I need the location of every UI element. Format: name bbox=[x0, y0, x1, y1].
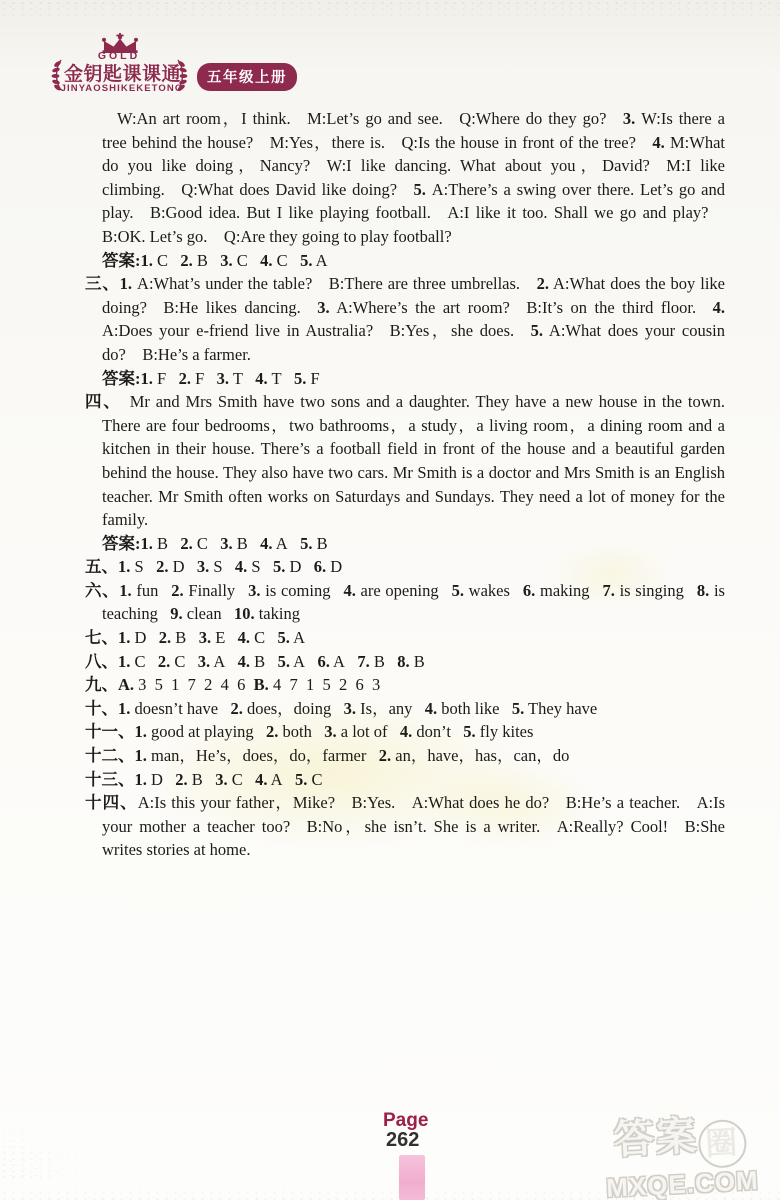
answer-content: W:An art room，I think. M:Let’s go and se… bbox=[85, 107, 725, 862]
answers-section-3: 答案:1. F 2. F 3. T 4. T 5. F bbox=[85, 367, 725, 391]
section-12-answers: 十二、1. man，He’s，does，do，farmer 2. an，have… bbox=[85, 744, 725, 768]
series-title-chinese: 金钥匙课课通 bbox=[64, 59, 181, 86]
answers-section-4: 答案:1. B 2. C 3. B 4. A 5. B bbox=[85, 532, 725, 556]
section-8-answers: 八、1. C 2. C 3. A 4. B 5. A 6. A 7. B 8. … bbox=[85, 650, 725, 674]
publisher-logo: GOLD 金钥匙课课通 JINYAOSHIKEKETONG 五年 bbox=[50, 33, 290, 97]
watermark-brand-text: 答案 bbox=[613, 1114, 699, 1162]
section-7-answers: 七、1. D 2. B 3. E 4. C 5. A bbox=[85, 626, 725, 650]
section-13-answers: 十三、1. D 2. B 3. C 4. A 5. C bbox=[85, 768, 725, 792]
section-3-script: 三、1. A:What’s under the table? B:There a… bbox=[85, 272, 725, 366]
series-title-pinyin: JINYAOSHIKEKETONG bbox=[56, 83, 188, 94]
grade-volume-badge: 五年级上册 bbox=[197, 63, 297, 91]
pink-bookmark-bar bbox=[399, 1155, 425, 1200]
section-5-answers: 五、1. S 2. D 3. S 4. S 5. D 6. D bbox=[85, 555, 725, 579]
site-watermark: 答案圈 MXQE.COM bbox=[584, 1110, 778, 1200]
scanned-workbook-page: GOLD 金钥匙课课通 JINYAOSHIKEKETONG 五年 bbox=[0, 0, 780, 1200]
section-14-dialogue: 十四、A:Is this your father，Mike? B:Yes. A:… bbox=[85, 791, 725, 862]
scan-noise-corner bbox=[0, 1120, 90, 1180]
section-10-answers: 十、1. doesn’t have 2. does，doing 3. Is，an… bbox=[85, 697, 725, 721]
section-9-answers: 九、A. 3 5 1 7 2 4 6 B. 4 7 1 5 2 6 3 bbox=[85, 673, 725, 697]
watermark-circled-char: 圈 bbox=[697, 1119, 747, 1169]
answers-section-2: 答案:1. C 2. B 3. C 4. C 5. A bbox=[85, 249, 725, 273]
scan-noise-top bbox=[0, 0, 780, 22]
section-6-answers: 六、1. fun 2. Finally 3. is coming 4. are … bbox=[85, 579, 725, 626]
listening-script-part2: W:An art room，I think. M:Let’s go and se… bbox=[85, 107, 725, 249]
section-11-answers: 十一、1. good at playing 2. both 3. a lot o… bbox=[85, 720, 725, 744]
page-number: 262 bbox=[386, 1129, 419, 1152]
section-4-passage: 四、 Mr and Mrs Smith have two sons and a … bbox=[85, 390, 725, 532]
